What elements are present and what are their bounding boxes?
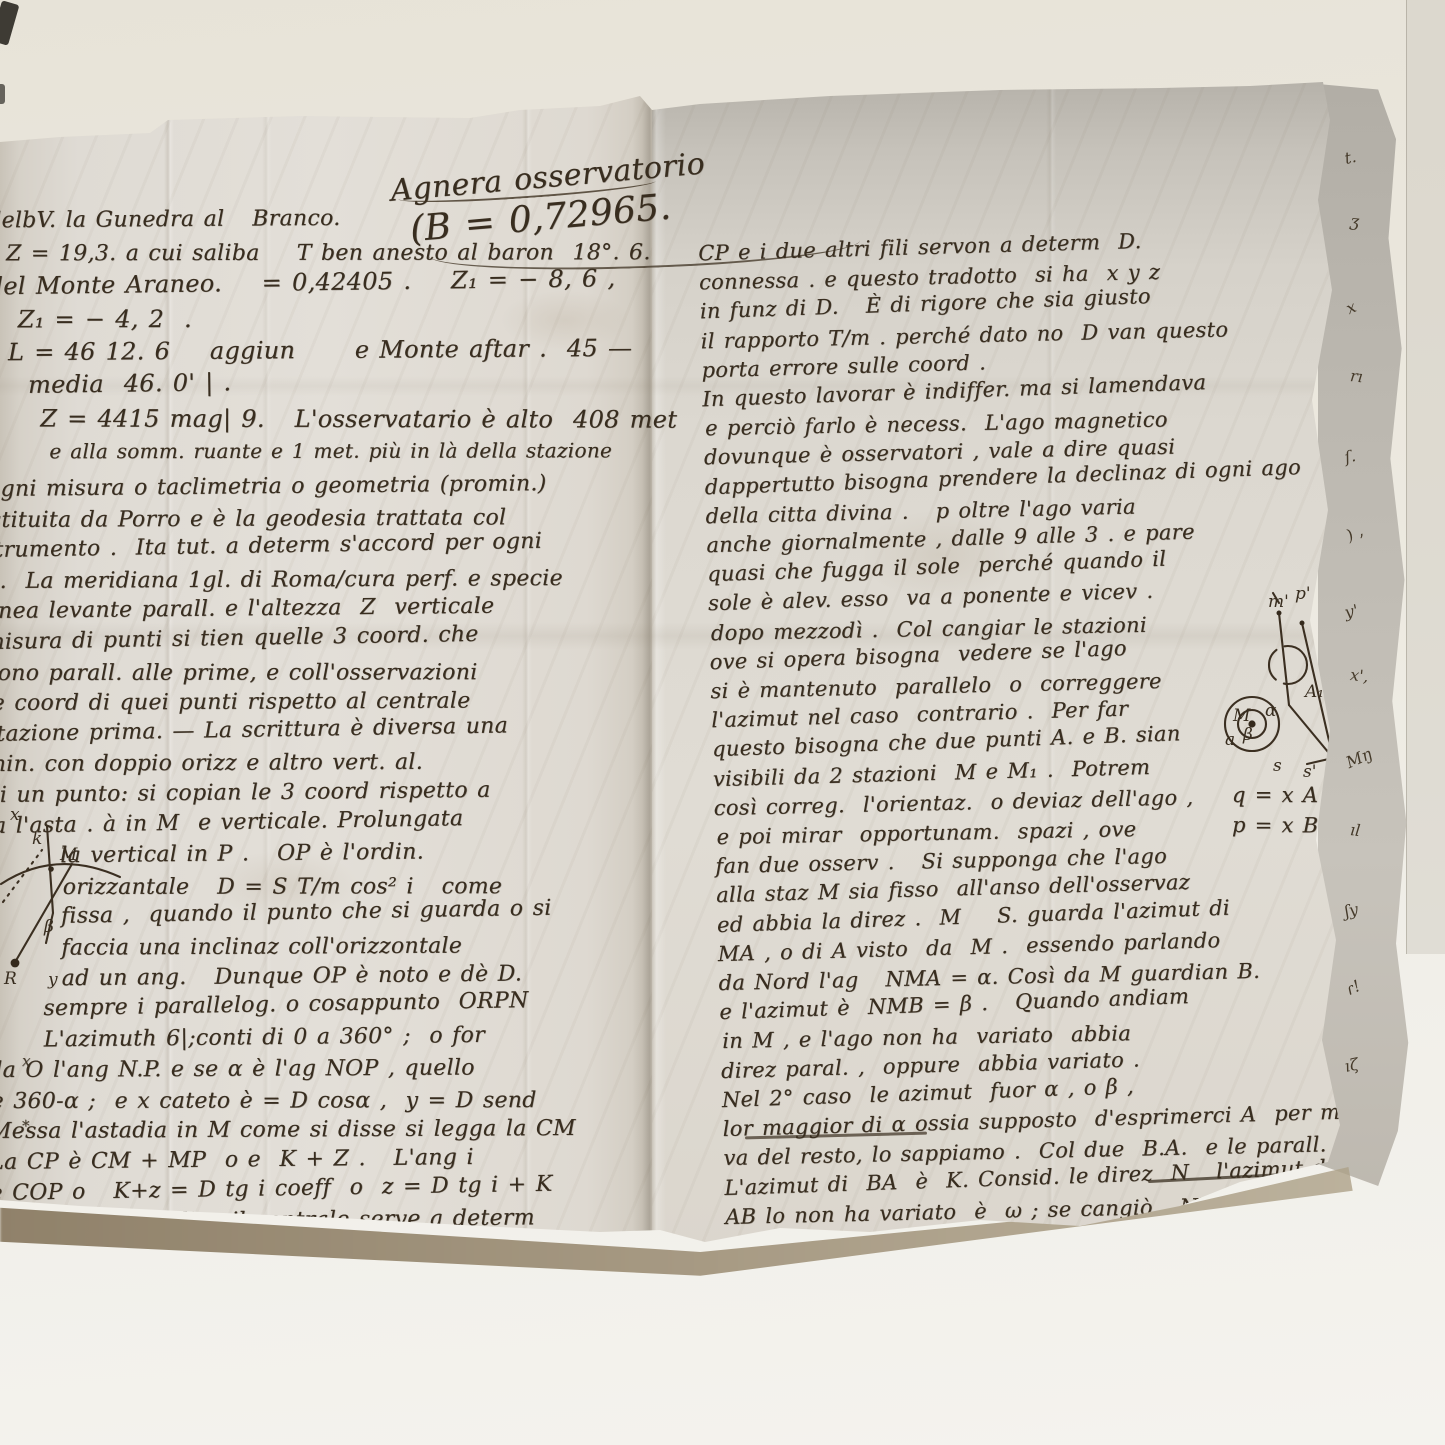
label-beta: β — [1242, 725, 1253, 745]
margin-mark: x — [22, 1052, 31, 1070]
handwritten-line: Ogni misura o taclimetria o geometria (p… — [0, 469, 569, 506]
handwritten-line: Z₁ = − 4, 2 . — [0, 302, 674, 336]
margin-mark: ⁎ — [22, 1112, 31, 1130]
label-x: x — [10, 805, 20, 825]
handwritten-line: Messa l'astadia in M come si disse si le… — [0, 1114, 576, 1148]
label-a: a — [1225, 730, 1235, 750]
handwritten-line: min. con doppio orizz e altro vert. al. — [0, 747, 572, 781]
left-margin-marks: x⁎ — [22, 1052, 31, 1172]
edge-fragment: ıζ — [1343, 1043, 1413, 1076]
left-geometry-sketch: x k M β R y — [0, 780, 195, 1030]
edge-fragment: Mŋ — [1343, 727, 1413, 772]
label-y: y — [47, 970, 58, 990]
label-M: M — [1232, 706, 1251, 726]
under-sheet-torn-edge: t.ʒxrıſ.) ,y'x',Mŋılʃyɾ!ıζ — [1318, 84, 1412, 1186]
label-p-prime: p' — [1295, 584, 1311, 604]
label-alpha: α — [1265, 701, 1277, 721]
label-s-prime: s' — [1303, 762, 1316, 782]
label-m-prime: m' — [1268, 592, 1289, 612]
corner-dark-mark — [0, 84, 5, 104]
label-beta: β — [43, 917, 54, 937]
handwritten-line: da O l'ang N.P. e se α è l'ag NOP , quel… — [0, 1053, 575, 1087]
label-A1: A₁ — [1303, 682, 1324, 702]
left-measurement-block: delbV. la Gunedra al Branco. Z = 19,3. a… — [0, 200, 675, 469]
label-s: s — [1273, 756, 1282, 776]
handwritten-line: delbV. la Gunedra al Branco. — [0, 200, 674, 238]
edge-fragment: x — [1343, 273, 1413, 318]
handwritten-line: è 360-α ; e x cateto è = D cosα , y = D … — [0, 1086, 578, 1118]
corner-dark-mark — [0, 0, 19, 45]
handwritten-line: B. La meridiana 1gl. di Roma/cura perf. … — [0, 564, 570, 598]
handwritten-line: sono parall. alle prime, e coll'osservaz… — [0, 658, 573, 690]
handwritten-line: e alla somm. ruante e 1 met. più in là d… — [0, 434, 675, 468]
backdrop-seam — [1406, 0, 1445, 954]
edge-fragment: ɾ! — [1343, 954, 1413, 999]
label-R: R — [3, 969, 17, 989]
edge-fragment: t. — [1343, 135, 1413, 168]
label-M: M — [59, 845, 78, 865]
manuscript-photo: t.ʒxrıſ.) ,y'x',Mŋılʃyɾ!ıζ Agnera osserv… — [0, 0, 1445, 1445]
handwritten-line: Z = 4415 mag| 9. L'osservatario è alto 4… — [0, 402, 677, 436]
edge-fragment: y' — [1343, 589, 1413, 622]
edge-fragment: ſ. — [1343, 434, 1413, 467]
label-k: k — [32, 829, 42, 849]
edge-fragment: ʃy — [1343, 888, 1413, 921]
manuscript-sheet: Agnera osservatorio (B = 0,72965. delbV.… — [0, 80, 1412, 1258]
edge-fragment: ) , — [1343, 500, 1413, 545]
